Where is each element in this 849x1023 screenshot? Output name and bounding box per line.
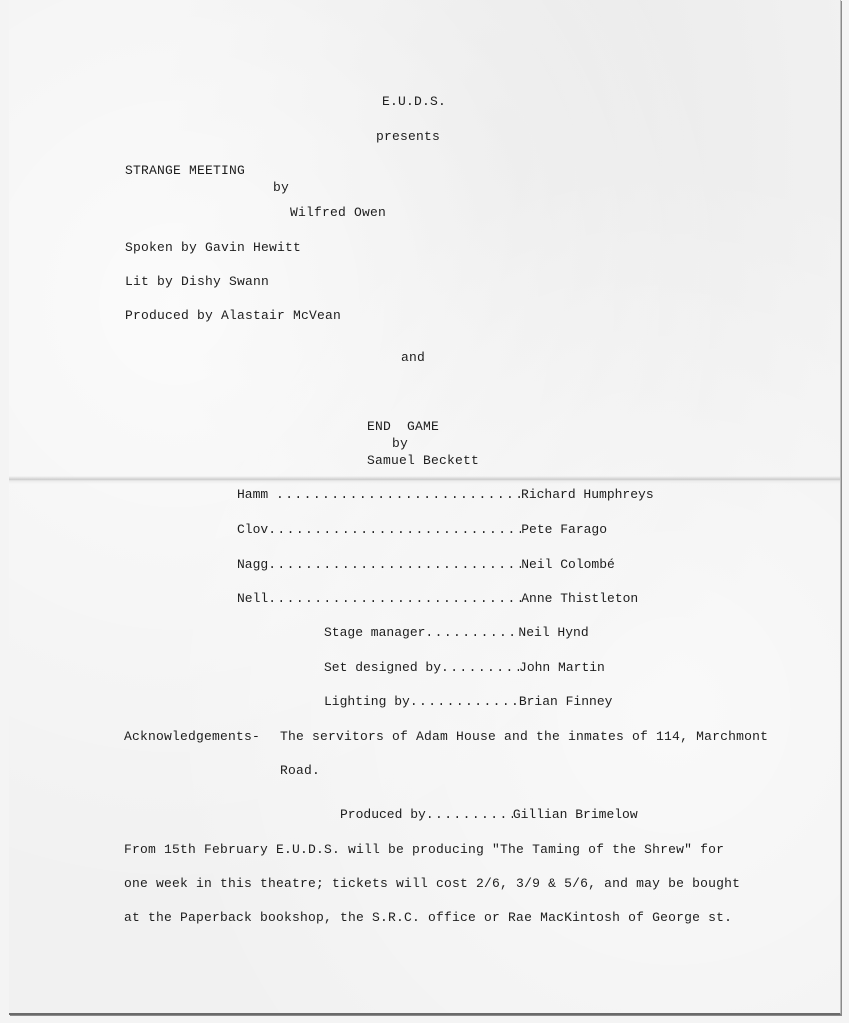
paper-fold-crease: [9, 476, 840, 484]
play2-by: by: [392, 436, 408, 452]
leader-dots: ........................................…: [268, 522, 521, 538]
play2-author: Samuel Beckett: [367, 453, 479, 469]
leader-dots: ........................................…: [410, 694, 519, 710]
crew-name: John Martin: [519, 660, 605, 676]
crew-name: Neil Hynd: [518, 625, 588, 641]
play1-by: by: [273, 180, 289, 196]
acknowledgements-text: The servitors of Adam House and the inma…: [280, 729, 768, 745]
crew-row-lighting: Lighting by ............................…: [324, 694, 612, 710]
acknowledgements-text-continued: Road.: [280, 763, 320, 779]
notice-line-3: at the Paperback bookshop, the S.R.C. of…: [124, 910, 732, 926]
cast-role: Nell: [237, 591, 268, 607]
notice-line-2: one week in this theatre; tickets will c…: [124, 876, 740, 892]
leader-dots: ........................................…: [268, 591, 521, 607]
programme-sheet: [9, 0, 841, 1015]
leader-dots: ........................................…: [268, 557, 521, 573]
play2-title: END GAME: [367, 419, 439, 435]
cast-row-hamm: Hamm ...................................…: [237, 487, 654, 503]
crew-row-stage-manager: Stage manager ..........................…: [324, 625, 589, 641]
crew-role: Stage manager: [324, 625, 425, 641]
cast-row-nagg: Nagg ...................................…: [237, 557, 615, 573]
leader-dots: ........................................…: [426, 807, 513, 823]
and-line: and: [401, 350, 425, 366]
leader-dots: ........................................…: [425, 625, 518, 641]
cast-row-clov: Clov ...................................…: [237, 522, 607, 538]
crew-role: Lighting by: [324, 694, 410, 710]
cast-role: Clov: [237, 522, 268, 538]
leader-dots: ........................................…: [276, 487, 521, 503]
leader-dots: ........................................…: [441, 660, 519, 676]
producer-role: Produced by: [340, 807, 426, 823]
play1-author: Wilfred Owen: [290, 205, 386, 221]
producer-name: Gillian Brimelow: [513, 807, 638, 823]
cast-actor: Richard Humphreys: [521, 487, 654, 503]
play1-credit-spoken: Spoken by Gavin Hewitt: [125, 240, 301, 256]
cast-actor: Neil Colombé: [521, 557, 615, 573]
crew-name: Brian Finney: [519, 694, 613, 710]
play1-title: STRANGE MEETING: [125, 163, 245, 179]
crew-role: Set designed by: [324, 660, 441, 676]
presents-line: presents: [376, 129, 440, 145]
notice-line-1: From 15th February E.U.D.S. will be prod…: [124, 842, 724, 858]
play1-credit-producer: Produced by Alastair McVean: [125, 308, 341, 324]
company-name: E.U.D.S.: [382, 94, 446, 110]
cast-actor: Anne Thistleton: [521, 591, 638, 607]
crew-row-set-design: Set designed by ........................…: [324, 660, 605, 676]
acknowledgements-label: Acknowledgements-: [124, 729, 260, 745]
play1-credit-lighting: Lit by Dishy Swann: [125, 274, 269, 290]
cast-actor: Pete Farago: [521, 522, 607, 538]
cast-role: Hamm: [237, 487, 276, 503]
cast-role: Nagg: [237, 557, 268, 573]
cast-row-nell: Nell ...................................…: [237, 591, 638, 607]
producer-row: Produced by ............................…: [340, 807, 638, 823]
